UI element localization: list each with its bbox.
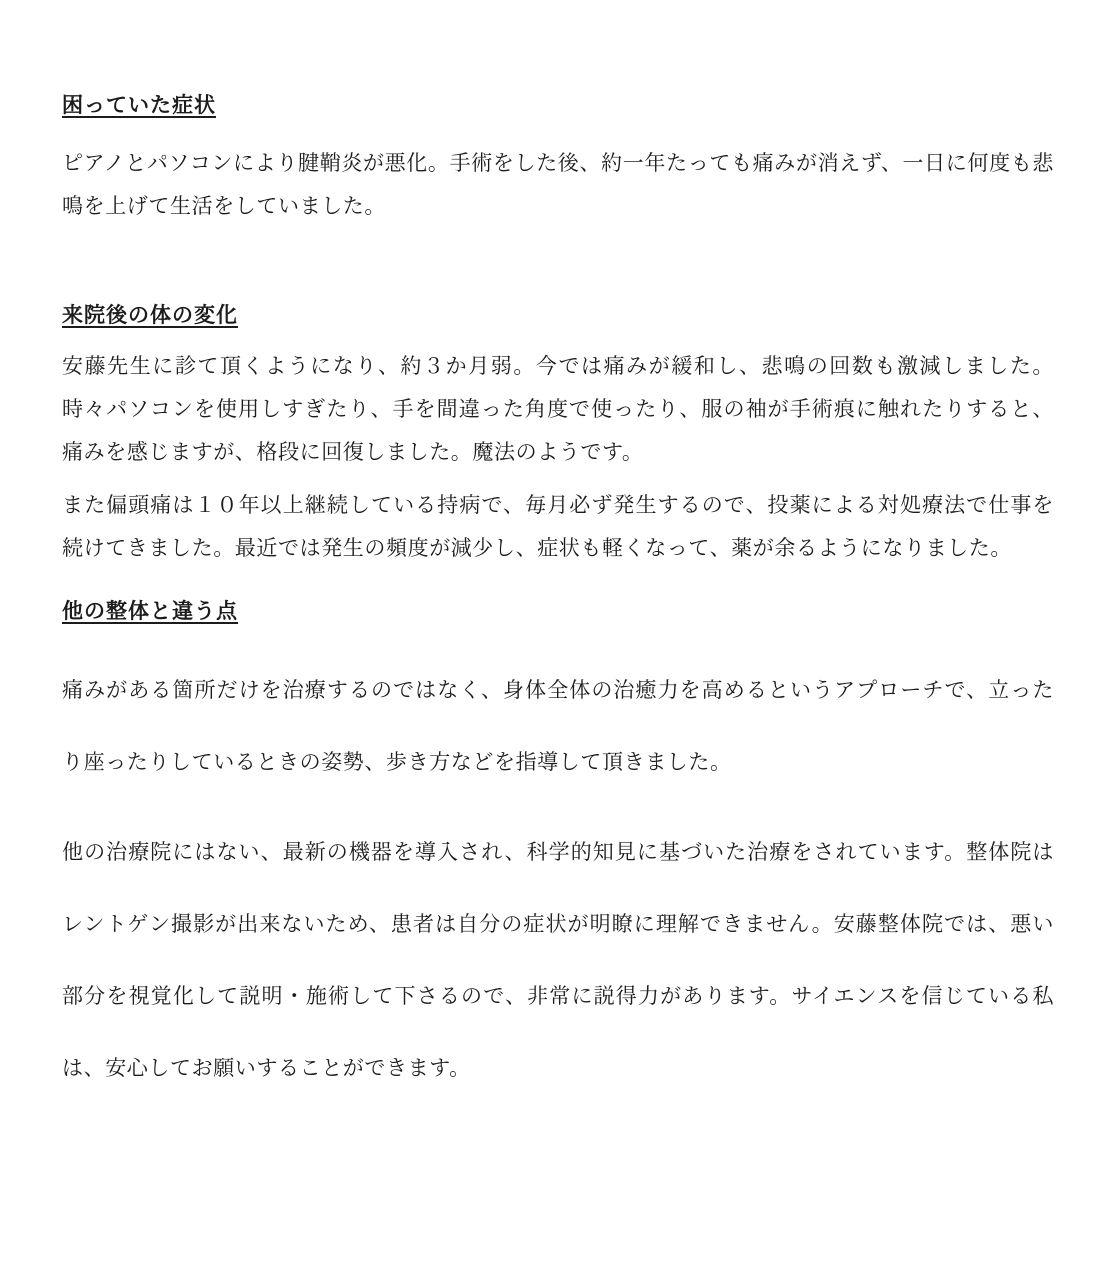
section-changes-after-visit: 来院後の体の変化 安藤先生に診て頂くようになり、約３か月弱。今では痛みが緩和し、…	[62, 300, 1054, 569]
document-page: 困っていた症状 ピアノとパソコンにより腱鞘炎が悪化。手術をした後、約一年たっても…	[0, 0, 1116, 1282]
section-heading: 他の整体と違う点	[62, 596, 1054, 626]
section-paragraph: 安藤先生に診て頂くようになり、約３か月弱。今では痛みが緩和し、悲鳴の回数も激減し…	[62, 345, 1054, 474]
section-paragraph: また偏頭痛は１０年以上継続している持病で、毎月必ず発生するので、投薬による対処療…	[62, 484, 1054, 570]
section-troubling-symptoms: 困っていた症状 ピアノとパソコンにより腱鞘炎が悪化。手術をした後、約一年たっても…	[62, 90, 1054, 228]
section-paragraph: 他の治療院にはない、最新の機器を導入され、科学的知見に基づいた治療をされています…	[62, 816, 1054, 1104]
section-paragraph: ピアノとパソコンにより腱鞘炎が悪化。手術をした後、約一年たっても痛みが消えず、一…	[62, 142, 1054, 228]
section-heading: 困っていた症状	[62, 90, 1054, 120]
section-paragraph: 痛みがある箇所だけを治療するのではなく、身体全体の治癒力を高めるというアプローチ…	[62, 654, 1054, 798]
section-heading: 来院後の体の変化	[62, 300, 1054, 330]
section-differences-from-other-clinics: 他の整体と違う点 痛みがある箇所だけを治療するのではなく、身体全体の治癒力を高め…	[62, 596, 1054, 1104]
